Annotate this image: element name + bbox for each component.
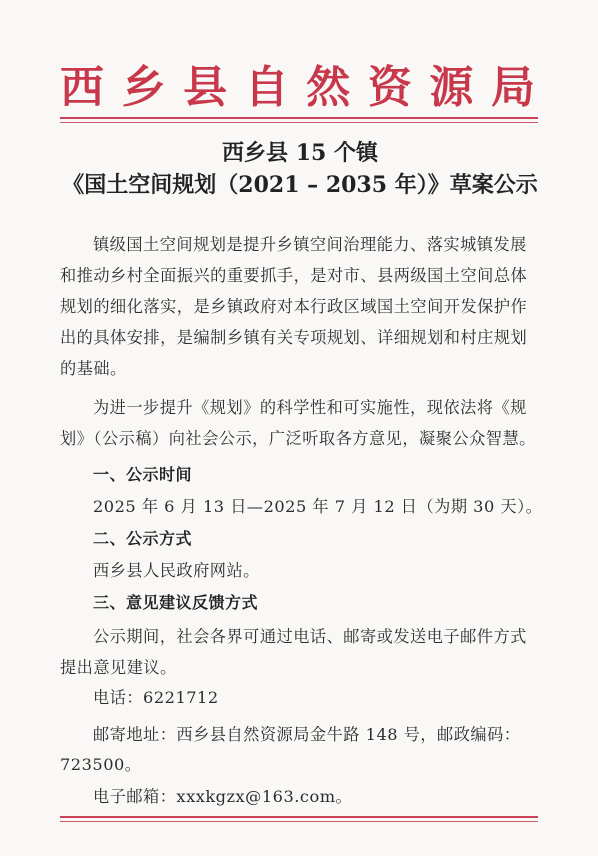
section-heading-method: 二、公示方式 — [93, 523, 593, 554]
text-line: 镇级国土空间规划是提升乡镇空间治理能力、落实城镇发展 — [60, 229, 560, 260]
letterhead-char: 乡 — [122, 60, 166, 116]
letterhead-char: 局 — [491, 60, 535, 116]
publicity-method: 西乡县人民政府网站。 — [93, 555, 593, 586]
footer-divider-thick — [60, 816, 538, 818]
section-heading-time: 一、公示时间 — [93, 459, 593, 490]
text-line: 出的具体安排，是编制乡镇有关专项规划、详细规划和村庄规划 — [60, 322, 560, 353]
letterhead-char: 西 — [60, 60, 104, 116]
text-line: 的基础。 — [60, 353, 560, 384]
letterhead-char: 资 — [368, 60, 412, 116]
letterhead-char: 然 — [306, 60, 350, 116]
document-title-line2: 《国土空间规划（2021 – 2035 年）》草案公示 — [40, 168, 560, 202]
contact-phone: 电话：6221712 — [93, 682, 593, 713]
publicity-period: 2025 年 6 月 13 日—2025 年 7 月 12 日（为期 30 天）… — [93, 491, 593, 522]
text-line: 和推动乡村全面振兴的重要抓手，是对市、县两级国土空间总体 — [60, 260, 560, 291]
contact-address: 邮寄地址：西乡县自然资源局金牛路 148 号，邮政编码： — [93, 719, 593, 750]
document-page: 西 乡 县 自 然 资 源 局 西乡县 15 个镇 《国土空间规划（2021 –… — [0, 0, 598, 856]
letterhead-char: 自 — [245, 60, 289, 116]
agency-letterhead: 西 乡 县 自 然 资 源 局 — [60, 60, 535, 116]
text-line: 公示期间，社会各界可通过电话、邮寄或发送电子邮件方式 — [60, 621, 560, 652]
contact-email[interactable]: 电子邮箱：xxxkgzx@163.com。 — [93, 781, 593, 812]
header-divider-thick — [60, 117, 538, 119]
text-line: 为进一步提升《规划》的科学性和可实施性，现依法将《规 — [60, 392, 560, 423]
letterhead-char: 县 — [183, 60, 227, 116]
text-line: 规划的细化落实，是乡镇政府对本行政区域国土空间开发保护作 — [60, 291, 560, 322]
text-line: 划》（公示稿）向社会公示，广泛听取各方意见，凝聚公众智慧。 — [60, 423, 560, 454]
section-heading-feedback: 三、意见建议反馈方式 — [93, 587, 593, 618]
header-divider-thin — [60, 122, 538, 123]
contact-postcode: 723500。 — [60, 749, 560, 780]
letterhead-char: 源 — [429, 60, 473, 116]
footer-divider-thin — [60, 821, 538, 822]
text-line: 提出意见建议。 — [60, 652, 560, 683]
document-title-line1: 西乡县 15 个镇 — [40, 136, 560, 170]
